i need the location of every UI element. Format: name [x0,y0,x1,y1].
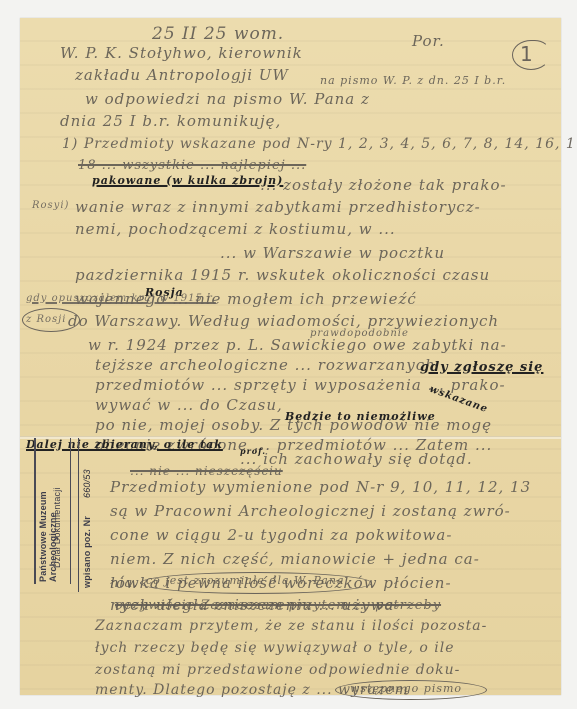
text-line: zakładu Antropologji UW [75,66,289,84]
text-line: nia. [110,576,138,591]
ink-annotation: Będzie to niemożliwe [285,410,436,423]
stamp-divider [78,438,79,592]
text-line: dnia 25 I b.r. komunikuję, [60,112,281,130]
text-line-struck: ... nie ... nieszczęściu [130,464,283,478]
ink-annotation: pakowane (w kulka zbrojn) [92,174,283,187]
archive-stamp: Państwowe Muzeum Archeologiczne Dział Do… [34,438,96,592]
margin-note: gdy opuszczałem kraj w 1915 r. [26,293,216,304]
stamp-entry-number: 660/53 [82,442,92,498]
text-line-struck: oczywiście Zaznaczam przytem ... potrzeb… [115,598,441,613]
stamp-entry-label: wpisano poz. Nr [82,498,92,588]
text-line: do Warszawy. Według wiadomości, przywiez… [68,312,499,330]
ink-annotation: gdy zgłoszę się [420,360,543,375]
text-line: W. P. K. Stołyhwo, kierownik [60,44,303,62]
margin-note: Rosyi) [32,200,69,211]
text-line-struck: 18 ... wszystkie ... najlepiej ... [78,158,306,173]
text-line: zostaną mi przedstawione odpowiednie dok… [95,662,460,678]
text-line: są w Pracowni Archeologicznej i zostaną … [110,502,511,520]
header-mark: Por. [412,32,445,50]
page-number: 1 [520,42,533,66]
text-line: w r. 1924 przez p. L. Sawickiego owe zab… [88,336,507,354]
text-line-insert: prawdopodobnie [310,328,409,339]
text-line-insert: wstępnego pismo [350,682,462,695]
text-line: ... w Warszawie w pocztku [220,244,445,262]
text-line: cone w ciągu 2-u tygodni za pokwitowa- [110,526,452,544]
text-line: wanie wraz z innymi zabytkami przedhisto… [75,198,481,216]
text-line: nemi, pochodzącemi z kostiumu, w ... [75,220,396,238]
text-line: 1) Przedmioty wskazane pod N-ry 1, 2, 3,… [62,136,577,152]
text-line: tejższe archeologiczne ... rozwarzanych [95,356,436,374]
stamp-department: Dział Dokumentacji [52,458,62,568]
text-line-insert: co jest zrozumiałe dla W. Pana [146,574,345,587]
text-line: pazdziernika 1915 r. wskutek okolicznośc… [75,266,490,284]
text-line: Zaznaczam przytem, że ze stanu i ilości … [95,618,487,634]
margin-oval [22,308,80,332]
text-line: wywać w ... do Czasu, [95,396,283,414]
ink-annotation: prof. [240,446,266,456]
text-line: ... zostały złożone tak prako- [260,176,507,194]
text-line: Przedmioty wymienione pod N-r 9, 10, 11,… [110,478,531,496]
text-line: w odpowiedzi na pismo W. Pana z [85,90,370,108]
text-line: niem. Z nich część, mianowicie + jedna c… [110,550,480,568]
text-line-insert: na pismo W. P. z dn. 25 I b.r. [320,74,506,87]
text-line: łych rzeczy będę się wywiązywał o tyle, … [95,640,455,656]
document-page: 25 II 25 wom. Por. 1 W. P. K. Stołyhwo, … [20,18,561,695]
date-header: 25 II 25 wom. [152,24,284,44]
